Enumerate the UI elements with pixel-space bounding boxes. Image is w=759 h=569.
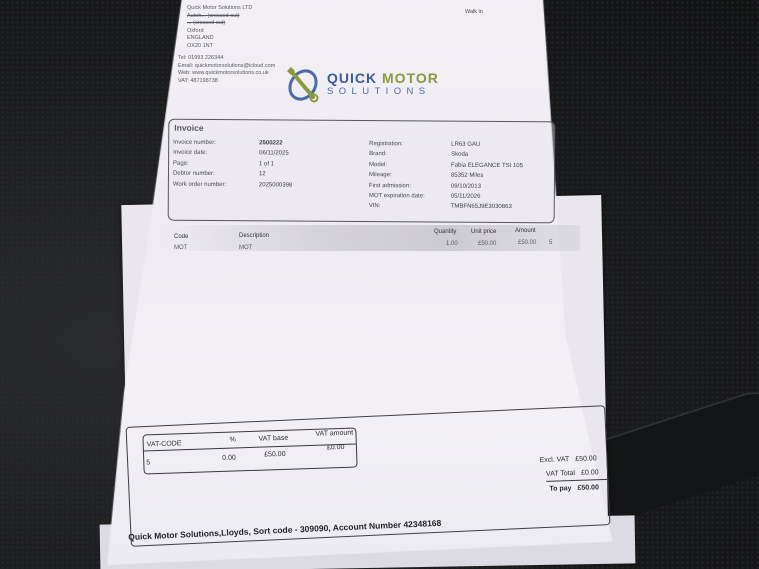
tel: Tel: 01993 226344 [178,55,275,63]
address-line: ENGLAND [187,35,252,43]
invoice-details-box: Invoice Invoice number:2500222 Invoice d… [168,119,556,224]
vat-percent-value: 0.00 [222,454,236,461]
vat-col-percent: % [230,436,236,443]
invoice-title: Invoice [174,123,203,133]
company-address: Quick Motor Solutions LTD Autoh... (cros… [187,5,252,51]
col-amount: Amount [515,228,536,234]
logo-solutions: SOLUTIONS [327,87,439,97]
col-unit-price: Unit price [471,229,496,235]
wrench-orbit-icon [285,65,321,103]
vat-table: VAT-CODE % VAT base VAT amount 5 0.00 £5… [142,427,357,474]
invoice-meta: Invoice number:2500222 Invoice date:06/1… [173,140,293,193]
vat-amount-value: £0.00 [327,444,345,452]
address-line: Autoh... (crossed out) [187,13,252,21]
vat-col-base: VAT base [258,435,288,443]
col-code: Code [174,234,188,240]
work-order-row: Work order number:2025000398 [173,181,292,192]
email: Email: quickmotorsolutions@icloud.com [178,63,275,71]
contact-block: Tel: 01993 226344 Email: quickmotorsolut… [178,55,275,85]
to-pay-row: To pay£50.00 [540,480,608,496]
vat-base-value: £50.00 [264,451,286,459]
address-line: Oxford [187,28,252,36]
company-name: Quick Motor Solutions LTD [187,5,252,13]
logo-quick: QUICK [327,70,377,86]
vehicle-meta: Registration:LR63 GAU Brand:Skoda Model:… [369,141,523,215]
col-description: Description [239,233,269,239]
website: Web: www.quickmotorsolutions.co.uk [178,70,275,78]
totals-summary: Excl. VAT£50.00 VAT Total£0.00 To pay£50… [539,451,608,496]
address-line: OX20 1NT [187,43,252,51]
walk-in-label: Walk in [465,9,483,15]
col-quantity: Quantity [434,229,456,235]
vat-code-value: 5 [146,459,150,466]
vat-number: VAT: 487198738 [178,78,275,86]
address-line: ... (crossed out) [187,20,252,28]
vin-row: VIN:TMBFN65J9E3030863 [369,203,523,214]
vat-col-code: VAT-CODE [147,440,182,448]
logo-motor: MOTOR [382,70,439,86]
vat-col-amount: VAT amount [315,430,353,438]
company-logo: QUICK MOTOR SOLUTIONS [285,65,439,103]
